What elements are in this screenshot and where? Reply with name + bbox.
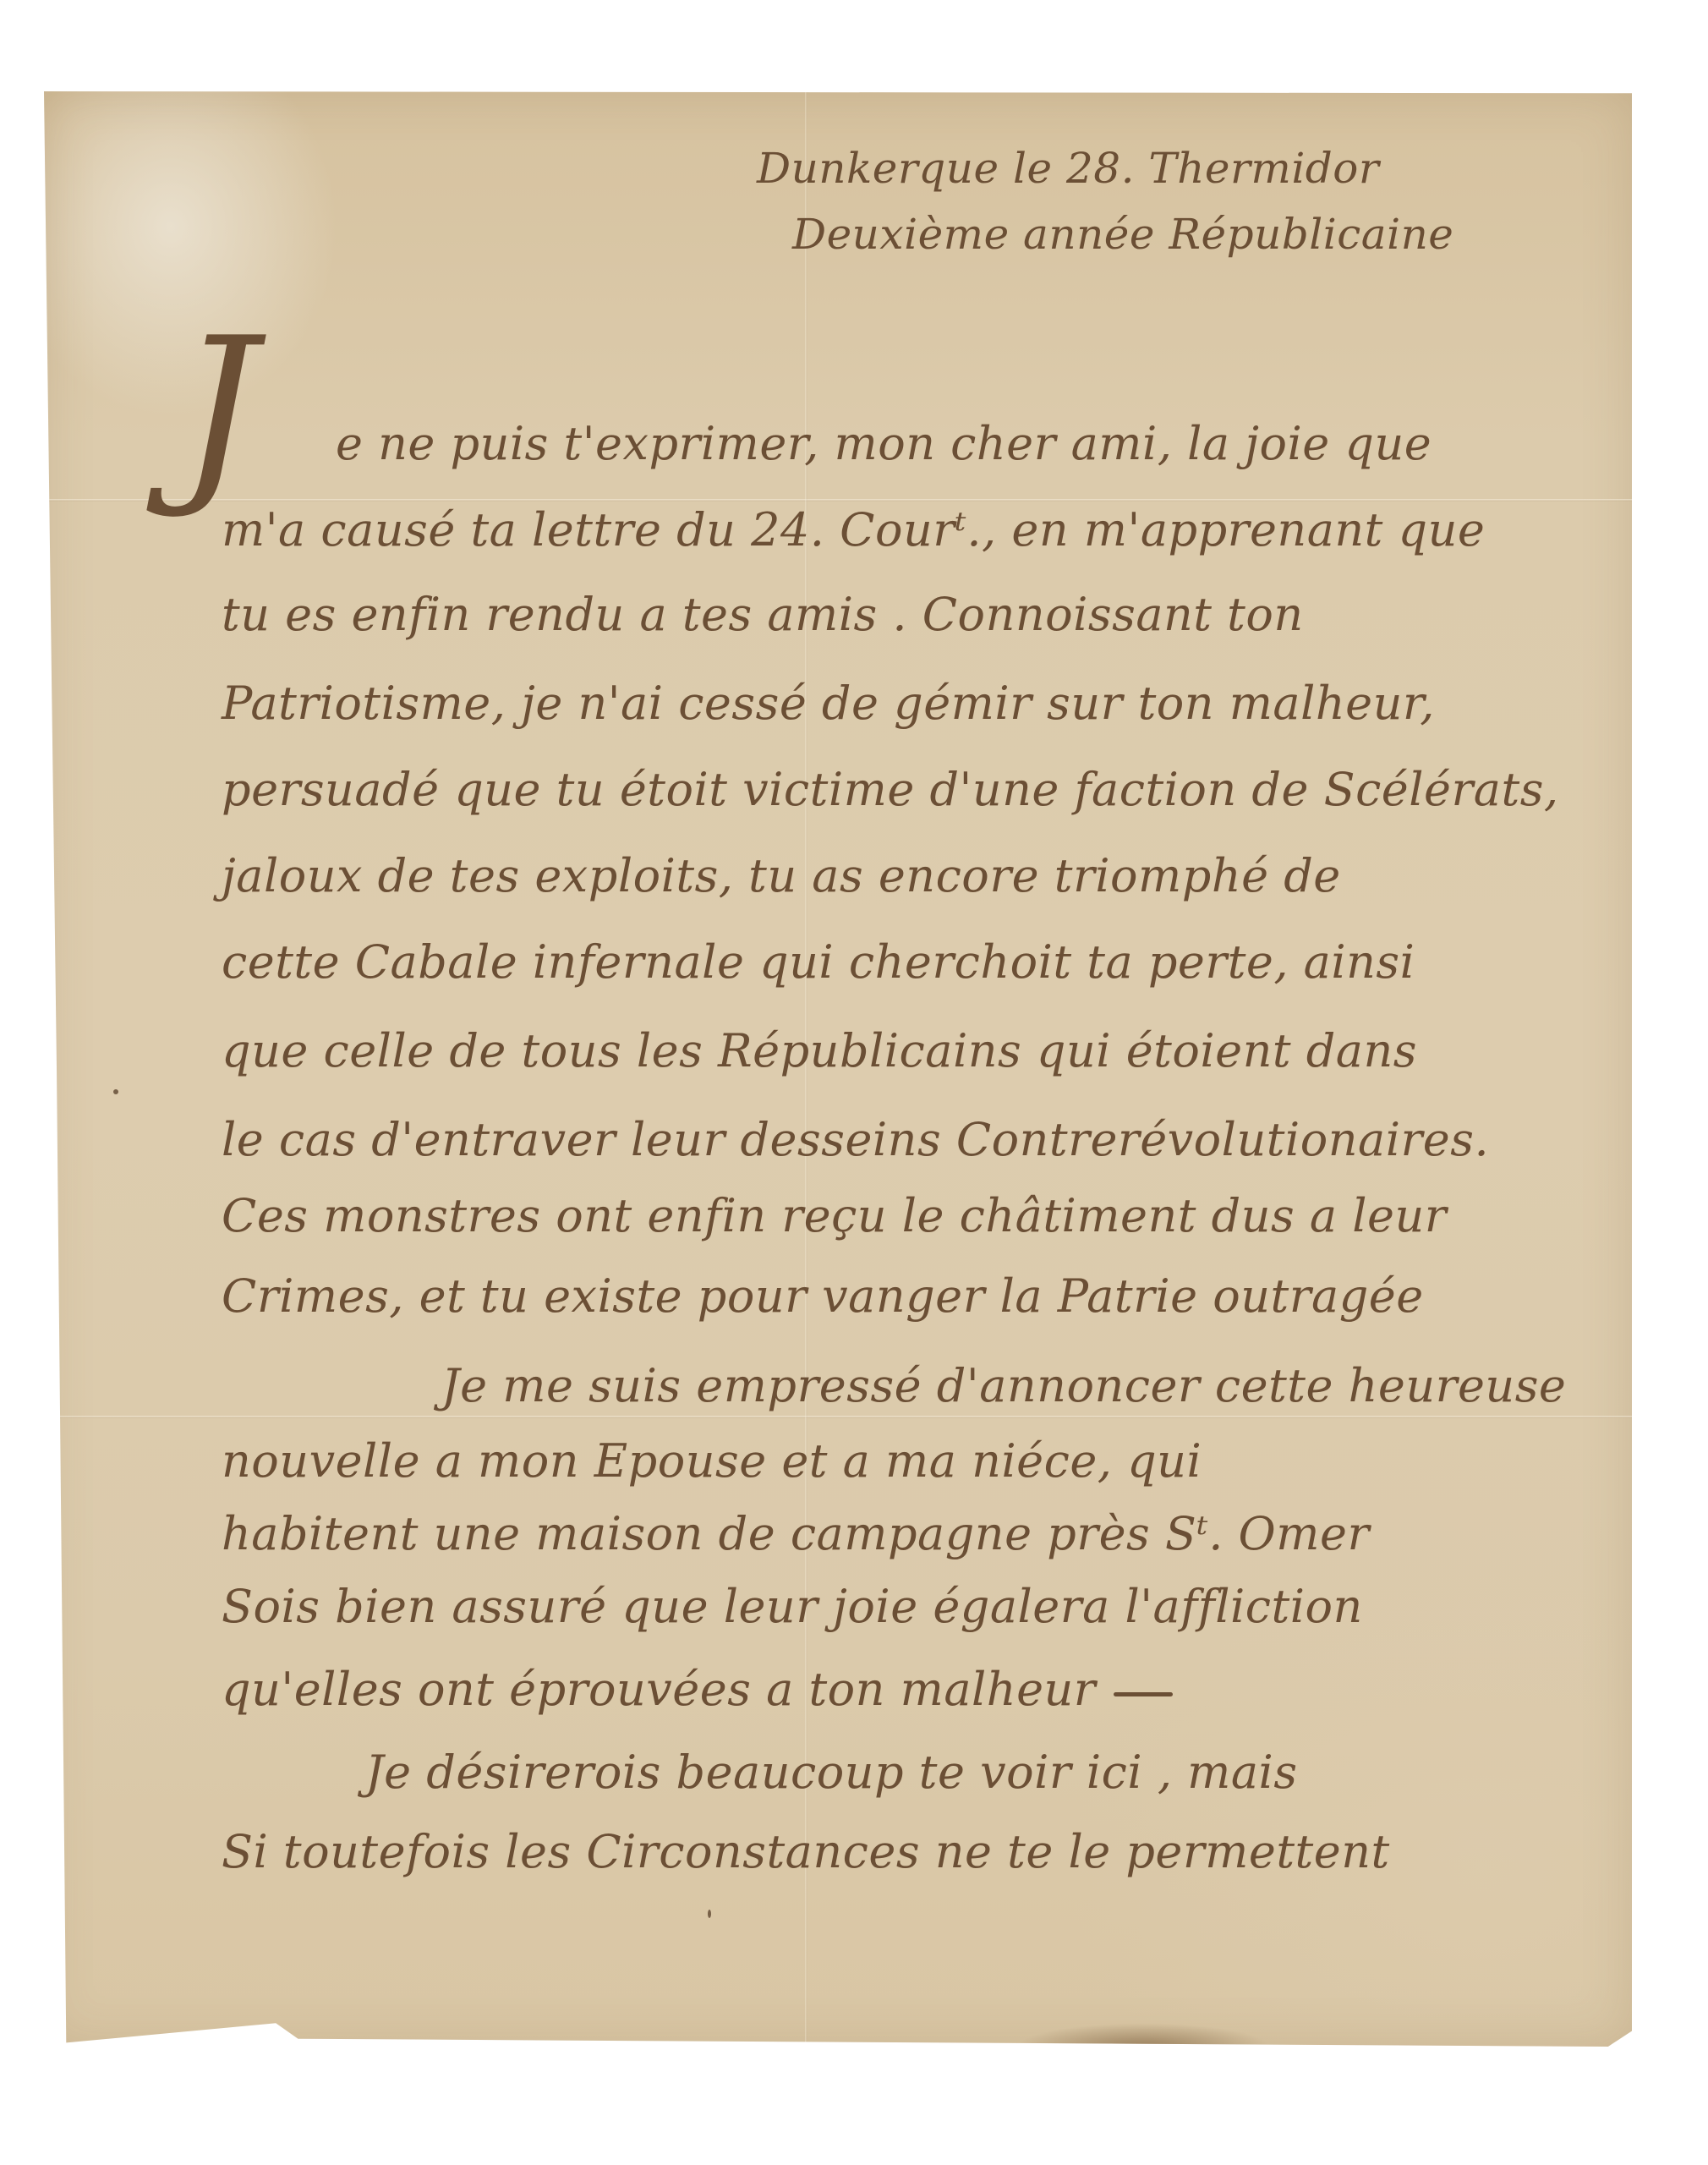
body-line: que celle de tous les Républicains qui é… xyxy=(222,1028,1417,1074)
header-republican-year: Deuxième année Républicaine xyxy=(792,213,1453,255)
drop-cap-letter: J xyxy=(179,313,257,507)
body-line: Sois bien assuré que leur joie égalera l… xyxy=(222,1584,1363,1630)
body-line: Crimes, et tu existe pour vanger la Patr… xyxy=(222,1274,1424,1319)
body-line: nouvelle a mon Epouse et a ma niéce, qui xyxy=(222,1439,1202,1484)
fold-line-lower xyxy=(44,1416,1632,1418)
body-line: le cas d'entraver leur desseins Contreré… xyxy=(222,1117,1489,1163)
body-line: tu es enfin rendu a tes amis . Connoissa… xyxy=(222,592,1304,638)
body-line-indented: Je me suis empressé d'annoncer cette heu… xyxy=(441,1363,1566,1409)
closing-dash xyxy=(1114,1692,1173,1696)
ink-speck xyxy=(113,1089,118,1094)
body-line: persuadé que tu étoit victime d'une fact… xyxy=(222,767,1559,813)
body-line: Ces monstres ont enfin reçu le châtiment… xyxy=(222,1193,1447,1239)
ink-stain-bottom-edge xyxy=(1016,2023,1270,2047)
fold-line-upper xyxy=(44,499,1632,502)
ink-speck xyxy=(708,1910,711,1918)
body-line: Patriotisme, je n'ai cessé de gémir sur … xyxy=(222,681,1435,726)
body-line: Si toutefois les Circonstances ne te le … xyxy=(222,1829,1390,1875)
body-line-indented: Je désirerois beaucoup te voir ici , mai… xyxy=(365,1750,1298,1795)
body-line: qu'elles ont éprouvées a ton malheur xyxy=(222,1667,1096,1713)
body-line: habitent une maison de campagne près Sᵗ.… xyxy=(222,1511,1370,1557)
header-place-date: Dunkerque le 28. Thermidor xyxy=(757,147,1379,189)
body-line: e ne puis t'exprimer, mon cher ami, la j… xyxy=(336,421,1432,467)
body-line: cette Cabale infernale qui cherchoit ta … xyxy=(222,940,1415,985)
letter-paper: Dunkerque le 28. Thermidor Deuxième anné… xyxy=(44,91,1632,2047)
body-line: jaloux de tes exploits, tu as encore tri… xyxy=(222,853,1341,899)
body-line: m'a causé ta lettre du 24. Courᵗ., en m'… xyxy=(222,507,1485,553)
